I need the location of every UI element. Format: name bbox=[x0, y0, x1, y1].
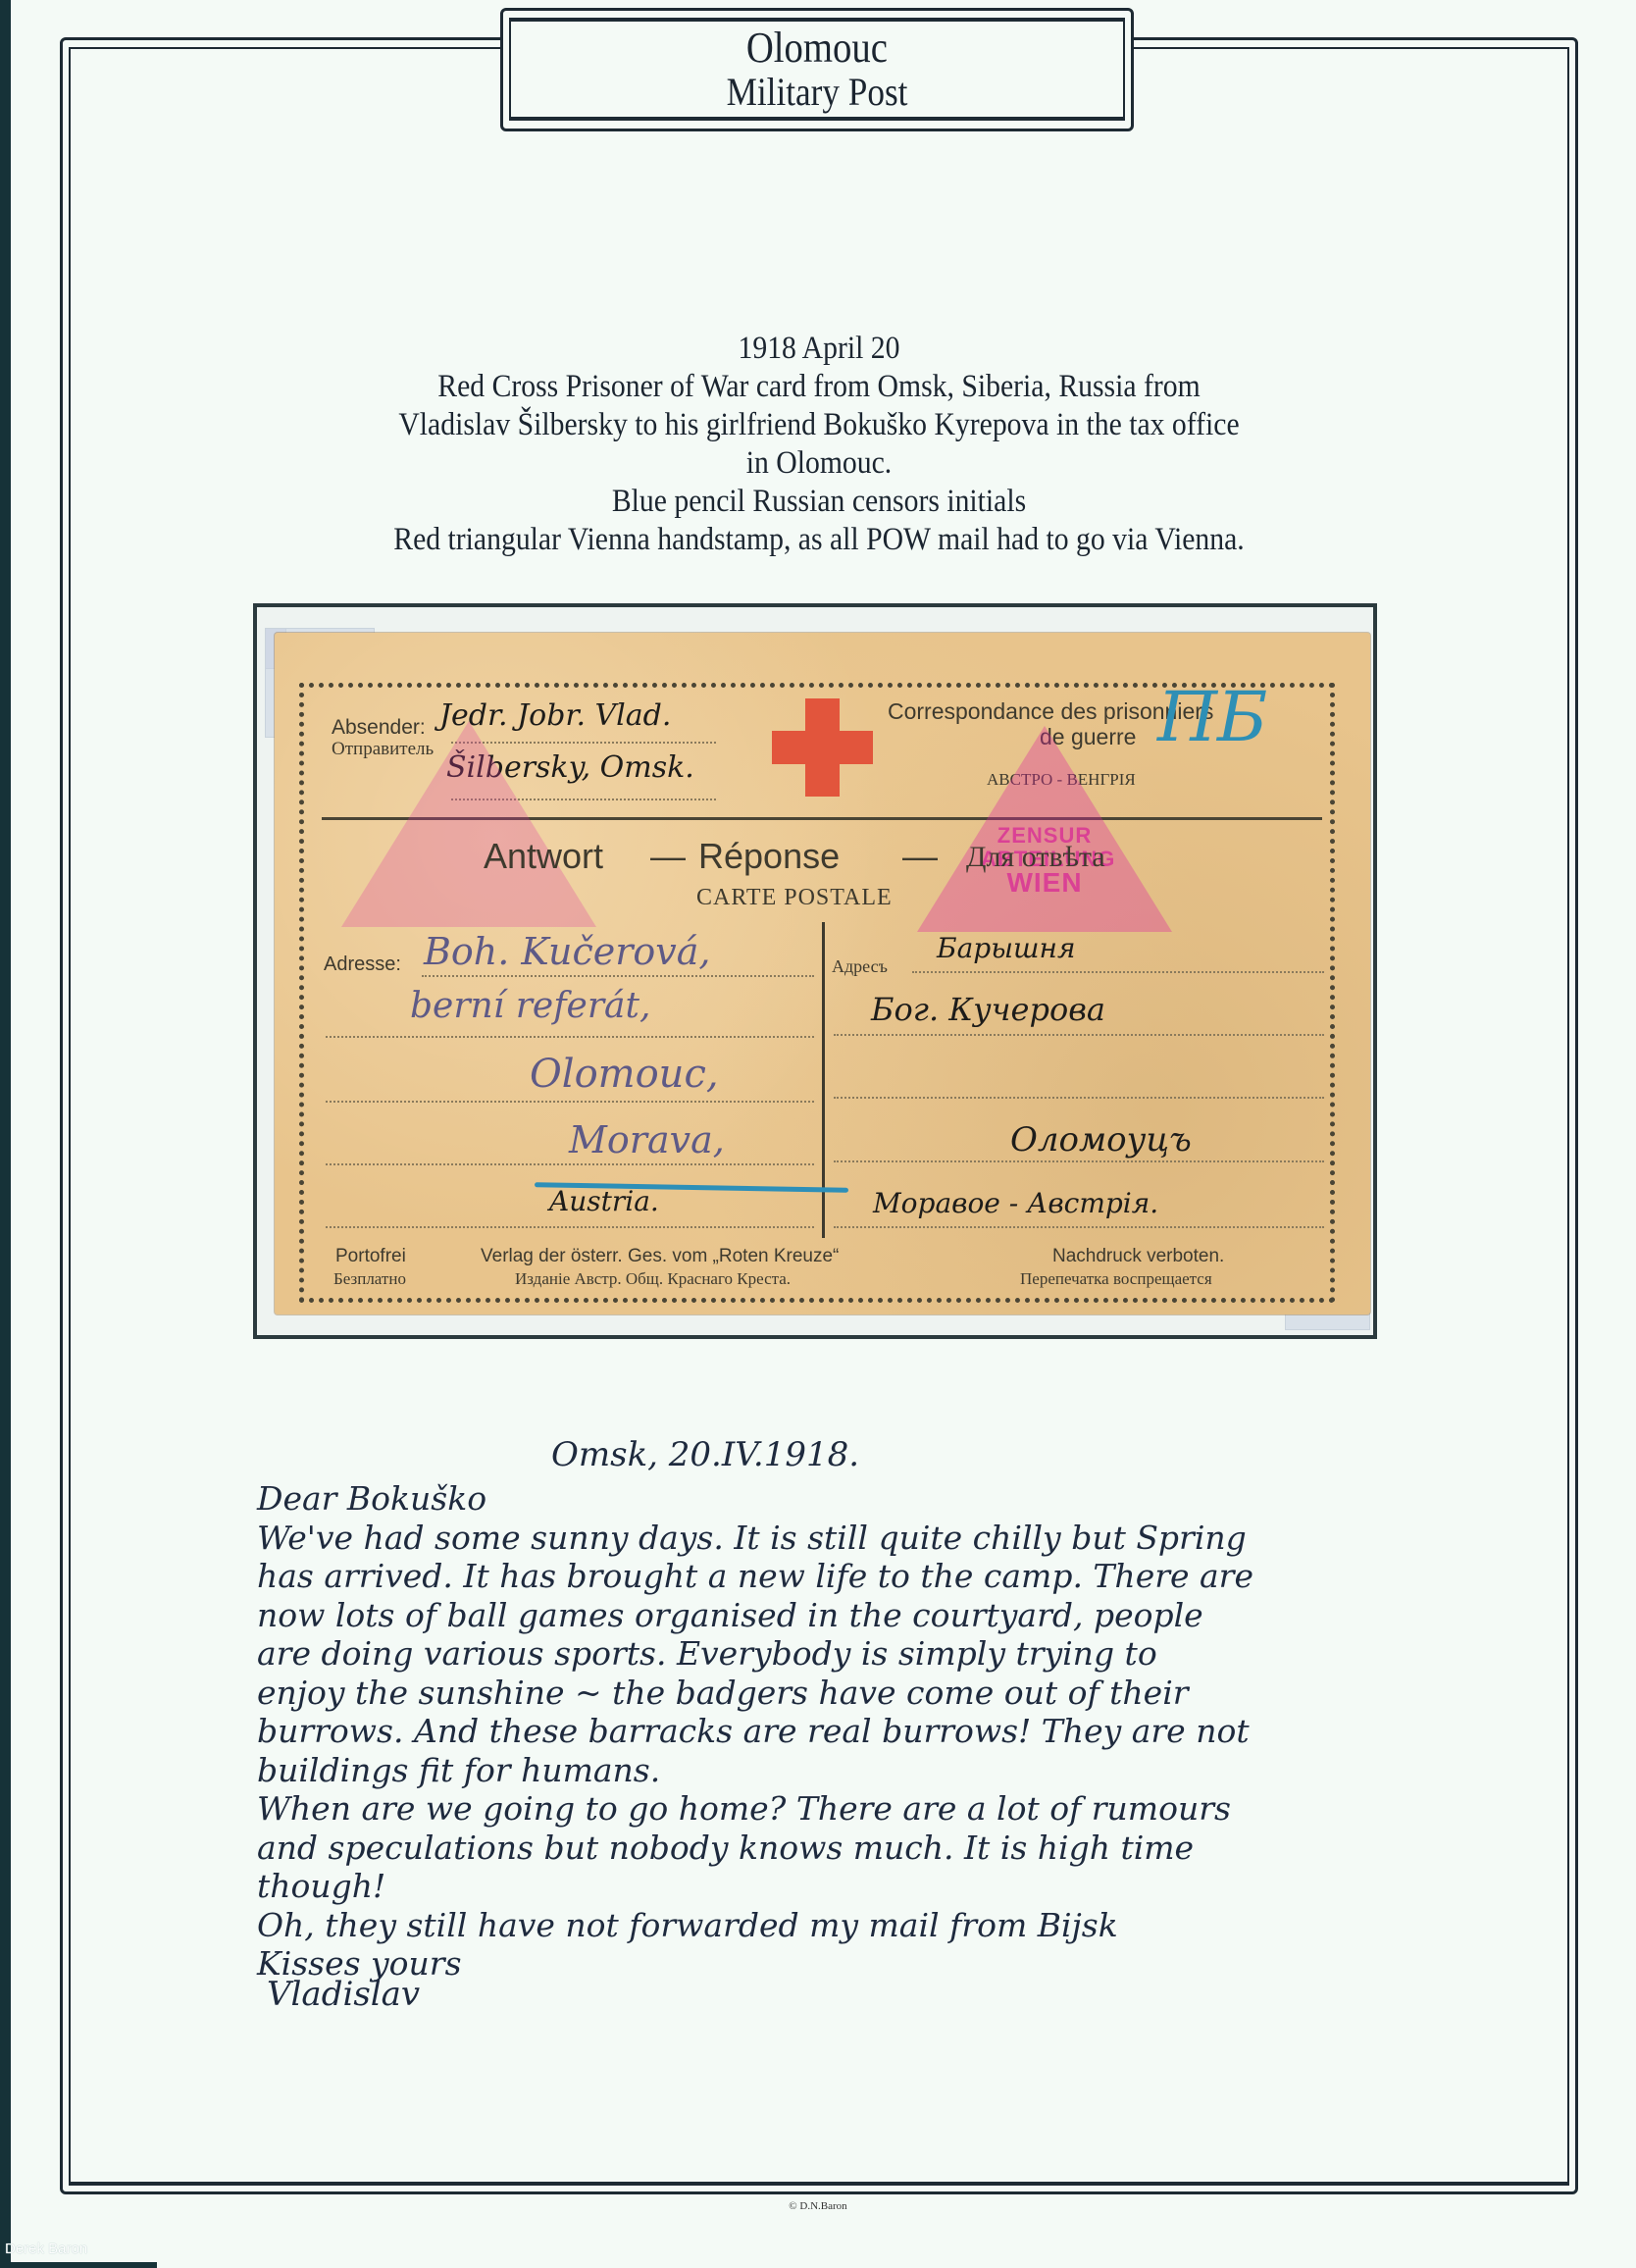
letter-line: now lots of ball games organised in the … bbox=[257, 1596, 1253, 1635]
copyright-notice: © D.N.Baron bbox=[0, 2200, 1636, 2212]
footer-publisher: Verlag der österr. Ges. vom „Roten Kreuz… bbox=[481, 1246, 839, 1267]
description-line: in Olomouc. bbox=[215, 444, 1424, 483]
footer-portofrei: Portofrei bbox=[335, 1246, 406, 1267]
dotted-line bbox=[834, 1226, 1324, 1228]
censor-initials: ПБ bbox=[1157, 677, 1268, 757]
dotted-line bbox=[912, 971, 1324, 973]
address-left-line: Austria. bbox=[549, 1185, 659, 1217]
address-left-line: Olomouc, bbox=[530, 1052, 719, 1097]
vienna-censor-handstamp-left bbox=[341, 721, 596, 927]
address-right-line: Моравое - Австрія. bbox=[873, 1187, 1158, 1219]
address-left-line: berní referát, bbox=[410, 986, 650, 1026]
reply-title-de: Antwort bbox=[484, 836, 603, 877]
letter-line: enjoy the sunshine ~ the badgers have co… bbox=[257, 1674, 1253, 1713]
letter-line: though! bbox=[257, 1867, 1253, 1906]
letter-date: Omsk, 20.IV.1918. bbox=[551, 1435, 859, 1474]
carte-postale-label: CARTE POSTALE bbox=[696, 885, 893, 911]
description-line: Red Cross Prisoner of War card from Omsk… bbox=[215, 368, 1424, 406]
letter-line: We've had some sunny days. It is still q… bbox=[257, 1519, 1253, 1558]
letter-line: burrows. And these barracks are real bur… bbox=[257, 1712, 1253, 1751]
letter-line: has arrived. It has brought a new life t… bbox=[257, 1557, 1253, 1596]
dotted-line bbox=[326, 1036, 814, 1038]
reply-dash: — bbox=[650, 836, 686, 877]
footer-ru-reprint: Перепечатка воспрещается bbox=[1020, 1269, 1212, 1289]
dotted-line bbox=[326, 1101, 814, 1103]
stamp-line: WIEN bbox=[981, 871, 1108, 895]
letter-signature: Vladislav bbox=[267, 1975, 420, 2014]
footer-nachdruck: Nachdruck verboten. bbox=[1052, 1246, 1224, 1267]
letter-line: and speculations but nobody knows much. … bbox=[257, 1829, 1253, 1868]
description-line: Vladislav Šilbersky to his girlfriend Bo… bbox=[215, 406, 1424, 444]
letter-line: Oh, they still have not forwarded my mai… bbox=[257, 1906, 1253, 1945]
dotted-line bbox=[326, 1163, 814, 1165]
address-left-line: Boh. Kučerová, bbox=[424, 930, 710, 973]
reply-title-ru: Для отвѣта bbox=[966, 841, 1105, 874]
letter-line: are doing various sports. Everybody is s… bbox=[257, 1634, 1253, 1674]
address-right-line: Бог. Кучерова bbox=[871, 991, 1105, 1028]
dotted-line bbox=[834, 1160, 1324, 1162]
description-date: 1918 April 20 bbox=[215, 330, 1424, 368]
scan-edge-strip bbox=[0, 0, 11, 2268]
description-line: Red triangular Vienna handstamp, as all … bbox=[215, 521, 1424, 559]
dotted-line bbox=[326, 1226, 814, 1228]
reply-title-fr: Réponse bbox=[698, 836, 840, 877]
scan-edge-strip-bottom bbox=[0, 2262, 157, 2268]
item-description: 1918 April 20 Red Cross Prisoner of War … bbox=[147, 330, 1491, 559]
footer-ru-free: Безплатно bbox=[333, 1269, 406, 1289]
description-line: Blue pencil Russian censors initials bbox=[215, 483, 1424, 521]
page-subtitle: Military Post bbox=[727, 71, 908, 114]
letter-line: Dear Bokuško bbox=[257, 1479, 1253, 1519]
letter-line: When are we going to go home? There are … bbox=[257, 1789, 1253, 1829]
title-box-inner: Olomouc Military Post bbox=[509, 18, 1125, 121]
letter-line: buildings fit for humans. bbox=[257, 1751, 1253, 1790]
reply-dash: — bbox=[902, 836, 938, 877]
dotted-line bbox=[834, 1034, 1324, 1036]
red-cross-icon-bar bbox=[772, 731, 873, 764]
address-right-line: Оломоуцъ bbox=[1010, 1120, 1192, 1160]
dotted-line bbox=[422, 975, 814, 977]
address-right-line: Барышня bbox=[937, 932, 1076, 964]
dotted-line bbox=[834, 1097, 1324, 1099]
watermark: Derek Baron bbox=[5, 2241, 87, 2257]
address-label: Adresse: bbox=[324, 954, 401, 976]
footer-ru-publisher: Изданіе Австр. Общ. Краснаго Креста. bbox=[515, 1269, 791, 1289]
page-title: Olomouc bbox=[746, 26, 888, 71]
address-label-ru: Адресъ bbox=[832, 956, 888, 977]
letter-body: Dear Bokuško We've had some sunny days. … bbox=[257, 1479, 1253, 1984]
address-left-line: Morava, bbox=[569, 1118, 725, 1161]
